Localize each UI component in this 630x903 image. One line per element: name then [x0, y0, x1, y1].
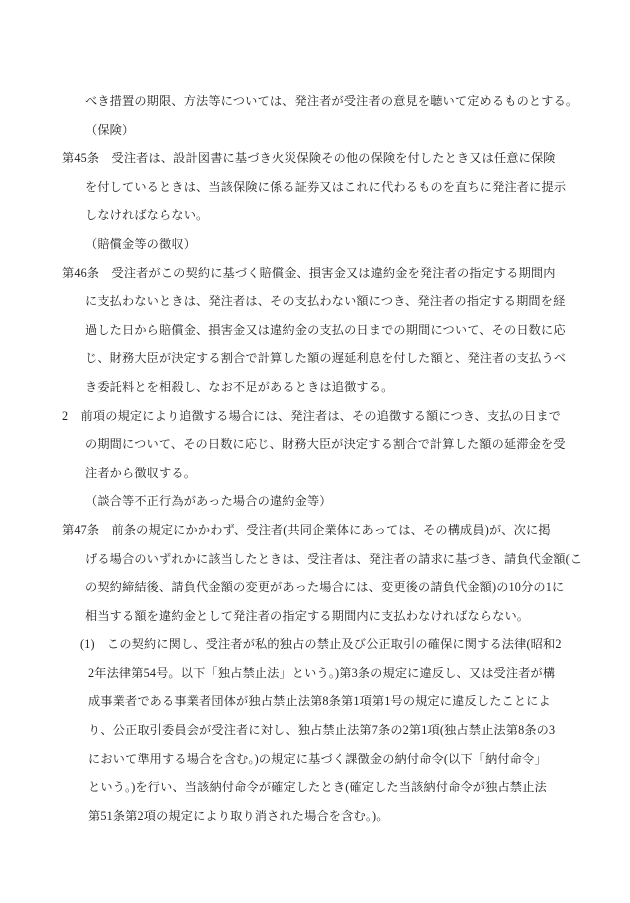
- text-line: という。)を行い、当該納付命令が確定したとき(確定した当該納付命令が独占禁止法: [62, 773, 578, 802]
- text-line: しなければならない。: [62, 201, 578, 230]
- text-line: 第47条 前条の規定にかかわず、受注者(共同企業体にあっては、その構成員)が、次…: [62, 516, 578, 545]
- text-line: において準用する場合を含む。)の規定に基づく課徴金の納付命令(以下「納付命令」: [62, 745, 578, 774]
- text-line: 成事業者である事業者団体が独占禁止法第8条第1項第1号の規定に違反したことによ: [62, 687, 578, 716]
- text-line: （保険）: [62, 116, 578, 145]
- text-line: 第45条 受注者は、設計図書に基づき火災保険その他の保険を付したとき又は任意に保…: [62, 144, 578, 173]
- text-line: （談合等不正行為があった場合の違約金等）: [62, 487, 578, 516]
- text-line: 過した日から賠償金、損害金又は違約金の支払の日までの期間について、その日数に応: [62, 316, 578, 345]
- text-line: げる場合のいずれかに該当したときは、受注者は、発注者の請求に基づき、請負代金額(…: [62, 545, 578, 574]
- text-line: り、公正取引委員会が受注者に対し、独占禁止法第7条の2第1項(独占禁止法第8条の…: [62, 716, 578, 745]
- document-page: べき措置の期限、方法等については、発注者が受注者の意見を聴いて定めるものとする。…: [0, 0, 630, 903]
- text-line: の期間について、その日数に応じ、財務大臣が決定する割合で計算した額の延滞金を受: [62, 430, 578, 459]
- text-line: 注者から徴収する。: [62, 459, 578, 488]
- text-line: 2年法律第54号。以下「独占禁止法」という。)第3条の規定に違反し、又は受注者が…: [62, 659, 578, 688]
- text-line: 第51条第2項の規定により取り消された場合を含む。)。: [62, 802, 578, 831]
- text-line: べき措置の期限、方法等については、発注者が受注者の意見を聴いて定めるものとする。: [62, 87, 578, 116]
- text-line: に支払わないときは、発注者は、その支払わない額につき、発注者の指定する期間を経: [62, 287, 578, 316]
- text-line: じ、財務大臣が決定する割合で計算した額の遅延利息を付した額と、発注者の支払うべ: [62, 344, 578, 373]
- text-line: 第46条 受注者がこの契約に基づく賠償金、損害金又は違約金を発注者の指定する期間…: [62, 259, 578, 288]
- text-line: の契約締結後、請負代金額の変更があった場合には、変更後の請負代金額)の10分の1…: [62, 573, 578, 602]
- text-line: 相当する額を違約金として発注者の指定する期間内に支払わなければならない。: [62, 602, 578, 631]
- text-line: を付しているときは、当該保険に係る証券又はこれに代わるものを直ちに発注者に提示: [62, 173, 578, 202]
- text-line: 2 前項の規定により追徴する場合には、発注者は、その追徴する額につき、支払の日ま…: [62, 402, 578, 431]
- text-line: き委託料とを相殺し、なお不足があるときは追徴する。: [62, 373, 578, 402]
- text-line: (1) この契約に関し、受注者が私的独占の禁止及び公正取引の確保に関する法律(昭…: [62, 630, 578, 659]
- text-line: （賠償金等の徴収）: [62, 230, 578, 259]
- document-body: べき措置の期限、方法等については、発注者が受注者の意見を聴いて定めるものとする。…: [62, 87, 578, 830]
